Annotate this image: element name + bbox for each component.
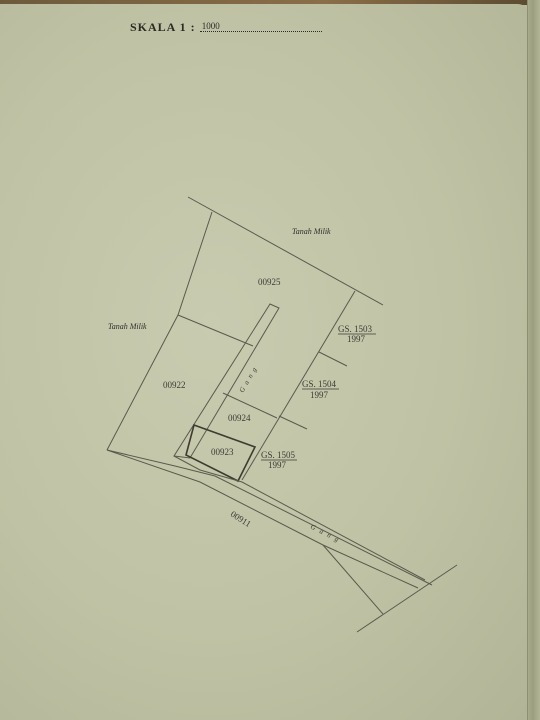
gs1504-year: 1997 <box>310 390 329 400</box>
parcel-00924: 00924 <box>228 413 251 423</box>
boundary-right <box>242 291 355 480</box>
gs1503-year: 1997 <box>347 334 366 344</box>
cadastral-map: Tanah Milik Tanah Milik 00925 00922 0092… <box>0 0 540 720</box>
parcel-00922: 00922 <box>163 380 186 390</box>
divider-gs1504-gs1505 <box>279 416 307 429</box>
boundary-top <box>188 197 383 305</box>
boundary-bottom-right <box>357 565 457 632</box>
certificate-gs1504: GS. 1504 1997 <box>302 379 339 400</box>
gang-strip-vertical <box>174 304 279 458</box>
certificate-gs1505: GS. 1505 1997 <box>261 450 297 470</box>
gang-road-lower-line <box>107 450 418 588</box>
gs1504-number: GS. 1504 <box>302 379 337 389</box>
parcel-00925: 00925 <box>258 277 281 287</box>
parcel-00911: 00911 <box>229 509 253 529</box>
boundary-left <box>107 212 212 450</box>
gs1503-number: GS. 1503 <box>338 324 373 334</box>
label-tanah-milik-left: Tanah Milik <box>108 322 147 331</box>
divider-gs1503-gs1504 <box>319 352 347 366</box>
label-tanah-milik-top: Tanah Milik <box>292 227 331 236</box>
certificate-gs1503: GS. 1503 1997 <box>338 324 376 344</box>
road-label-gang-vertical: Gang <box>238 363 261 394</box>
divider-00925-00922 <box>178 315 253 346</box>
gs1505-year: 1997 <box>268 460 287 470</box>
parcel-00923: 00923 <box>211 447 234 457</box>
gs1505-number: GS. 1505 <box>261 450 296 460</box>
